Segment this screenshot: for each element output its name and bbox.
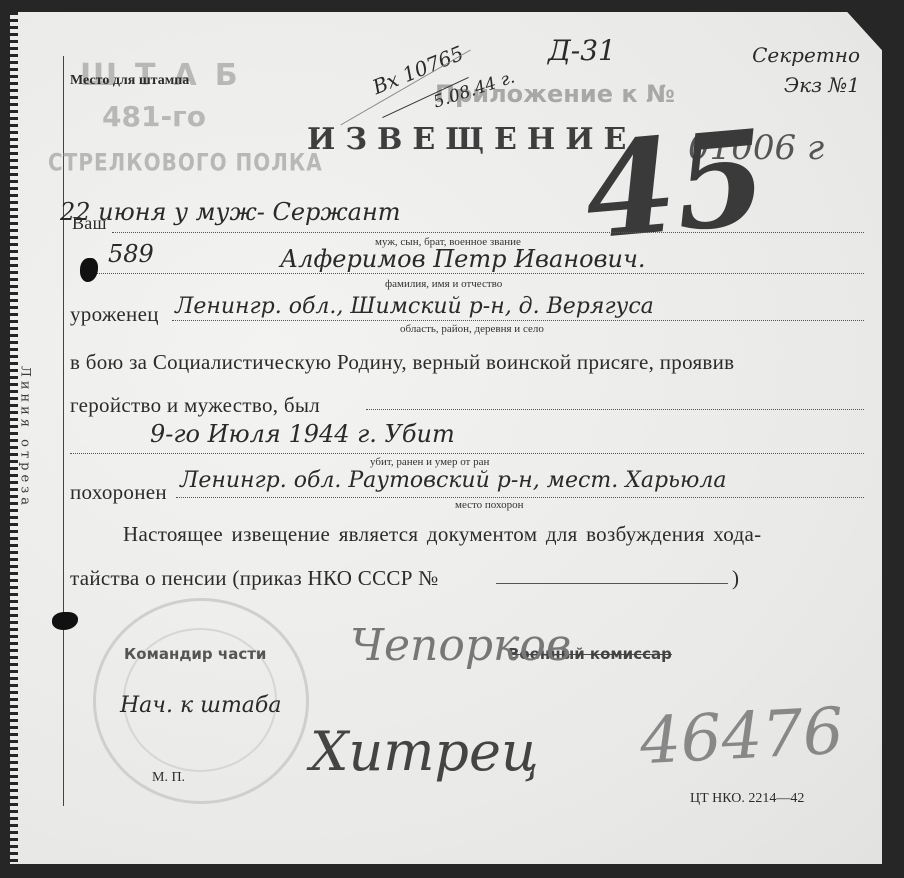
- pension-line-1: Настоящее извещение является документом …: [123, 522, 761, 547]
- pension-line-2-suffix: ): [732, 566, 739, 591]
- relation-line: [112, 232, 864, 233]
- fate-value: 9-го Июля 1944 г. Убит: [150, 420, 455, 448]
- full-name-value: Алферимов Петр Иванович.: [280, 245, 646, 273]
- burial-value: Ленингр. обл. Раутовский р-н, мест. Харь…: [180, 468, 727, 493]
- birthplace-prefix: уроженец: [70, 302, 159, 327]
- faded-stamp-line-3: СТРЕЛКОВОГО ПОЛКА: [48, 148, 323, 177]
- margin-number: 589: [108, 240, 154, 268]
- birthplace-value: Ленингр. обл., Шимский р-н, д. Верягуса: [175, 294, 654, 319]
- form-code: ЦТ НКО. 2214—42: [690, 791, 804, 807]
- statement-line-1: в бою за Социалистическую Родину, верный…: [70, 350, 734, 375]
- pencil-number: 46476: [638, 695, 845, 780]
- fate-caption: убит, ранен и умер от ран: [370, 456, 489, 468]
- pension-line-2: тайства о пенсии (приказ НКО СССР №: [70, 566, 439, 591]
- birthplace-caption: область, район, деревня и село: [400, 323, 544, 335]
- signature-chief-of-staff: Хитрец: [310, 720, 539, 783]
- faded-stamp-line-2: 481-го: [102, 100, 206, 133]
- burial-caption: место похорон: [455, 499, 524, 511]
- burial-line: [176, 497, 864, 498]
- statement-line: [366, 409, 864, 410]
- statement-line-2: геройство и мужество, был: [70, 393, 320, 418]
- fate-line: [70, 453, 864, 454]
- cut-line-label: Линия отреза: [0, 340, 30, 540]
- signature-commander: Чепорков: [350, 620, 571, 671]
- chief-of-staff-label: Нач. к штаба: [120, 693, 281, 718]
- large-pencil-mark: 45: [580, 112, 772, 257]
- relation-value: 22 июня у муж- Сержант: [60, 198, 401, 226]
- file-mark: Д-31: [548, 34, 616, 67]
- name-caption: фамилия, имя и отчество: [385, 278, 502, 290]
- name-line: [90, 273, 864, 274]
- stamp-place-label: Место для штампа: [70, 73, 189, 89]
- birthplace-line: [172, 320, 864, 321]
- seal-label: М. П.: [152, 770, 185, 786]
- secret-mark: Секретно Экз №1: [720, 40, 860, 100]
- burial-prefix: похоронен: [70, 480, 167, 505]
- order-number-blank: [496, 583, 728, 584]
- commander-label: Командир части: [124, 645, 266, 663]
